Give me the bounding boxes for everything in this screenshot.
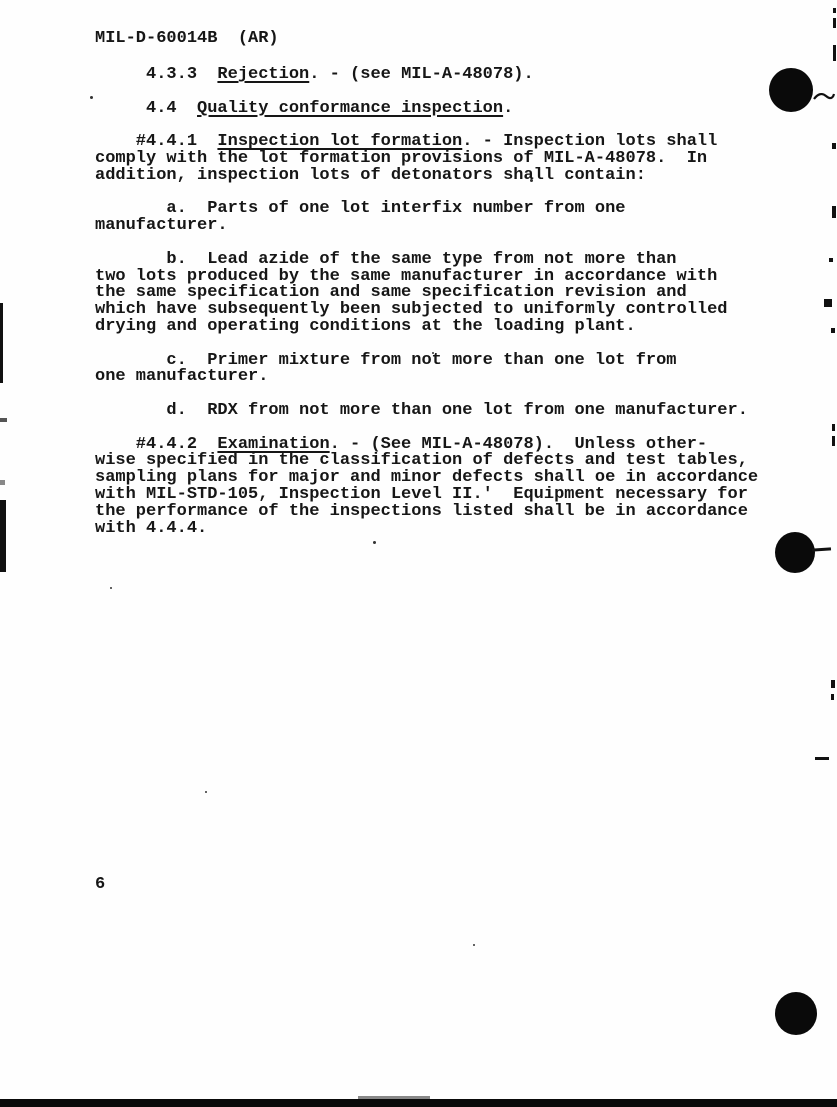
scan-artifact [824,299,832,307]
page-number: 6 [95,877,105,894]
scan-artifact [0,480,5,485]
text-line: addition, inspection lots of detonators … [95,168,758,185]
scan-artifact [0,500,6,572]
ink-speck [205,791,207,793]
text-line: one manufacturer. [95,369,758,386]
document-id-header: MIL-D-60014B (AR) [95,31,279,48]
ink-speck [110,587,112,589]
scan-artifact [831,680,835,688]
text-line: with 4.4.4. [95,521,758,538]
scan-artifact [832,143,836,149]
ink-speck [530,179,533,182]
scan-artifact [358,1096,430,1099]
text-line: manufacturer. [95,218,758,235]
punch-hole-dot [775,532,815,573]
text-line: drying and operating conditions at the l… [95,319,758,336]
scan-edge-bar [0,1099,837,1107]
scan-artifact [832,436,835,446]
scan-artifact [832,206,836,218]
scan-artifact [831,328,835,333]
document-text: 4.3.3 Rejection. - (see MIL-A-48078). 4.… [95,67,758,537]
punch-hole-dot [775,992,817,1035]
text-line: d. RDX from not more than one lot from o… [95,403,758,420]
ink-speck [90,96,93,99]
scan-artifact [0,418,7,422]
scan-artifact [833,8,836,13]
scan-artifact [831,694,834,700]
text-line: 4.3.3 Rejection. - (see MIL-A-48078). [95,67,758,84]
scan-artifact [815,757,829,760]
pen-dash-mark [812,547,831,551]
text-line: 4.4 Quality conformance inspection. [95,101,758,118]
pen-squiggle-mark [813,88,835,104]
ink-speck [373,541,376,544]
scanned-page: MIL-D-60014B (AR) 4.3.3 Rejection. - (se… [0,0,837,1107]
scan-artifact [833,18,836,28]
ink-speck [432,352,434,354]
scan-artifact [829,258,833,262]
scan-artifact [833,45,836,61]
ink-speck [473,944,475,946]
scan-artifact [832,424,835,431]
punch-hole-dot [769,68,813,112]
scan-artifact [0,303,3,383]
